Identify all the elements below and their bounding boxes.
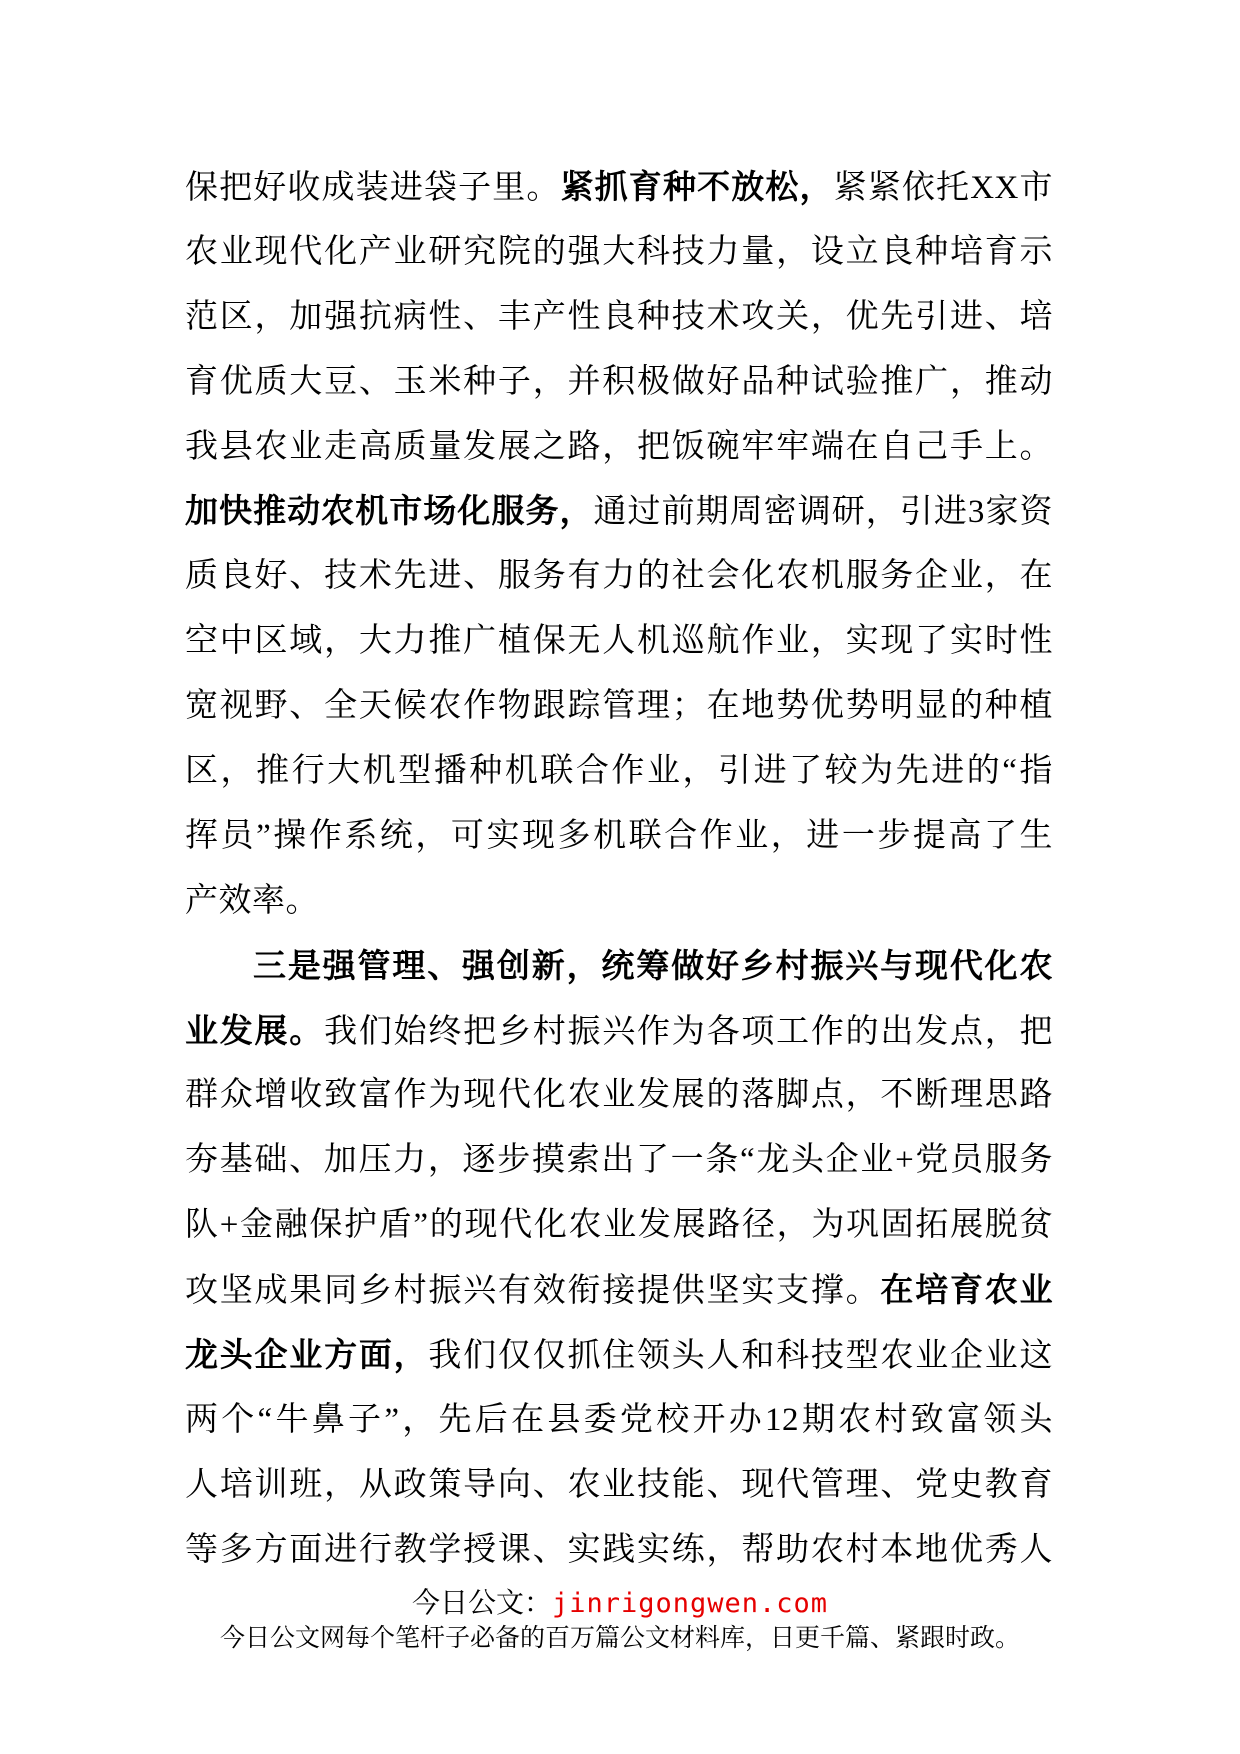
- body-text: 保把好收成装进袋子里。: [185, 170, 561, 206]
- text-line: 攻坚成果同乡村振兴有效衔接提供坚实支撑。在培育农业: [185, 1258, 1053, 1323]
- footer-site-line: 今日公文：jinrigongwen.com: [0, 1585, 1240, 1622]
- body-text: 夯基础、加压力，逐步摸索出了一条“龙头企业+党员服务: [185, 1142, 1053, 1178]
- body-text: 群众增收致富作为现代化农业发展的落脚点，不断理思路: [185, 1077, 1053, 1113]
- footer-tagline: 今日公文网每个笔杆子必备的百万篇公文材料库，日更千篇、紧跟时政。: [0, 1622, 1240, 1655]
- emphasis-text: 在培育农业: [880, 1271, 1053, 1308]
- text-line: 空中区域，大力推广植保无人机巡航作业，实现了实时性: [185, 609, 1053, 674]
- text-line: 加快推动农机市场化服务，通过前期周密调研，引进3家资: [185, 479, 1053, 544]
- text-line: 群众增收致富作为现代化农业发展的落脚点，不断理思路: [185, 1063, 1053, 1128]
- body-text: 我县农业走高质量发展之路，把饭碗牢牢端在自己手上。: [185, 429, 1053, 465]
- text-line: 产效率。: [185, 869, 1053, 934]
- footer-site-url: jinrigongwen.com: [552, 1588, 828, 1619]
- emphasis-text: 业发展。: [185, 1012, 324, 1049]
- body-text: 队+金融保护盾”的现代化农业发展路径，为巩固拓展脱贫: [185, 1207, 1053, 1243]
- body-text: 挥员”操作系统，可实现多机联合作业，进一步提高了生: [185, 818, 1053, 854]
- text-line: 两个“牛鼻子”，先后在县委党校开办12期农村致富领头: [185, 1388, 1053, 1453]
- text-line: 育优质大豆、玉米种子，并积极做好品种试验推广，推动: [185, 350, 1053, 415]
- text-line: 质良好、技术先进、服务有力的社会化农机服务企业，在: [185, 544, 1053, 609]
- text-line: 我县农业走高质量发展之路，把饭碗牢牢端在自己手上。: [185, 415, 1053, 480]
- body-text: 等多方面进行教学授课、实践实练，帮助农村本地优秀人: [185, 1532, 1053, 1568]
- text-line: 区，推行大机型播种机联合作业，引进了较为先进的“指: [185, 739, 1053, 804]
- body-text: 我们仅仅抓住领头人和科技型农业企业这: [428, 1338, 1053, 1374]
- text-line: 三是强管理、强创新，统筹做好乡村振兴与现代化农: [185, 934, 1053, 999]
- body-text: 我们始终把乡村振兴作为各项工作的出发点，把: [324, 1014, 1053, 1050]
- footer-site-label: 今日公文：: [412, 1587, 552, 1618]
- document-lines: 保把好收成装进袋子里。紧抓育种不放松，紧紧依托XX市农业现代化产业研究院的强大科…: [185, 155, 1053, 1583]
- text-line: 等多方面进行教学授课、实践实练，帮助农村本地优秀人: [185, 1518, 1053, 1583]
- text-line: 保把好收成装进袋子里。紧抓育种不放松，紧紧依托XX市: [185, 155, 1053, 220]
- text-line: 人培训班，从政策导向、农业技能、现代管理、党史教育: [185, 1453, 1053, 1518]
- body-text: 质良好、技术先进、服务有力的社会化农机服务企业，在: [185, 558, 1053, 594]
- body-text: 攻坚成果同乡村振兴有效衔接提供坚实支撑。: [185, 1273, 880, 1309]
- body-text: 通过前期周密调研，引进3家资: [593, 494, 1053, 530]
- text-line: 夯基础、加压力，逐步摸索出了一条“龙头企业+党员服务: [185, 1128, 1053, 1193]
- body-text: 宽视野、全天候农作物跟踪管理；在地势优势明显的种植: [185, 688, 1053, 724]
- document-page: 保把好收成装进袋子里。紧抓育种不放松，紧紧依托XX市农业现代化产业研究院的强大科…: [0, 0, 1240, 1754]
- body-text: 农业现代化产业研究院的强大科技力量，设立良种培育示: [185, 234, 1053, 270]
- body-text: 产效率。: [185, 883, 319, 919]
- text-line: 宽视野、全天候农作物跟踪管理；在地势优势明显的种植: [185, 674, 1053, 739]
- body-text: 育优质大豆、玉米种子，并积极做好品种试验推广，推动: [185, 364, 1053, 400]
- body-text: 两个“牛鼻子”，先后在县委党校开办12期农村致富领头: [185, 1402, 1053, 1438]
- text-line: 挥员”操作系统，可实现多机联合作业，进一步提高了生: [185, 804, 1053, 869]
- emphasis-text: 三是强管理、强创新，统筹做好乡村振兴与现代化农: [253, 947, 1053, 984]
- emphasis-text: 龙头企业方面，: [185, 1336, 428, 1373]
- emphasis-text: 加快推动农机市场化服务，: [185, 492, 593, 529]
- text-line: 龙头企业方面，我们仅仅抓住领头人和科技型农业企业这: [185, 1323, 1053, 1388]
- body-text: 人培训班，从政策导向、农业技能、现代管理、党史教育: [185, 1467, 1053, 1503]
- text-line: 业发展。我们始终把乡村振兴作为各项工作的出发点，把: [185, 999, 1053, 1064]
- page-footer: 今日公文：jinrigongwen.com 今日公文网每个笔杆子必备的百万篇公文…: [0, 1585, 1240, 1655]
- body-text: 范区，加强抗病性、丰产性良种技术攻关，优先引进、培: [185, 299, 1053, 335]
- text-line: 范区，加强抗病性、丰产性良种技术攻关，优先引进、培: [185, 285, 1053, 350]
- text-line: 农业现代化产业研究院的强大科技力量，设立良种培育示: [185, 220, 1053, 285]
- body-text: 空中区域，大力推广植保无人机巡航作业，实现了实时性: [185, 623, 1053, 659]
- body-text: 紧紧依托XX市: [834, 170, 1053, 206]
- body-text: 区，推行大机型播种机联合作业，引进了较为先进的“指: [185, 753, 1053, 789]
- text-line: 队+金融保护盾”的现代化农业发展路径，为巩固拓展脱贫: [185, 1193, 1053, 1258]
- emphasis-text: 紧抓育种不放松，: [561, 168, 834, 205]
